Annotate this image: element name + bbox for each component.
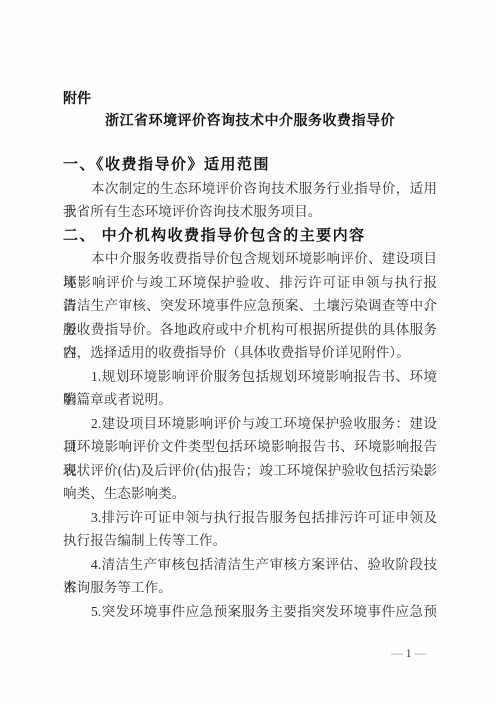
body-line: 响篇章或者说明。 (63, 388, 437, 412)
body-line: 执行报告编制上传等工作。 (63, 529, 437, 553)
body-line-item-5: 5.突发环境事件应急预案服务主要指突发环境事件应急预 (63, 600, 437, 624)
body-line: 容，选择适用的收费指导价（具体收费指导价详见附件）。 (63, 341, 437, 365)
body-line: 本中介服务收费指导价包含规划环境影响评价、建设项目环 (63, 247, 437, 271)
attachment-label: 附件 (63, 88, 91, 112)
section-heading-main-content: 二、 中介机构收费指导价包含的主要内容 (63, 224, 437, 248)
body-line: 响类、生态影响类。 (63, 482, 437, 506)
body-line-item-1: 1.规划环境影响评价服务包括规划环境影响报告书、环境影 (63, 365, 437, 389)
page-number-dash-right: — (415, 648, 427, 660)
body-line: 现状评价(估)及后评价(估)报告；竣工环境保护验收包括污染影 (63, 459, 437, 483)
body-line-item-3: 3.排污许可证申领与执行报告服务包括排污许可证申领及 (63, 506, 437, 530)
page-number: —1— (388, 645, 429, 663)
page-number-value: 1 (406, 648, 412, 660)
document-title: 浙江省环境评价咨询技术中介服务收费指导价 (0, 110, 500, 134)
document-page: 附件 浙江省环境评价咨询技术中介服务收费指导价 一、《收费指导价》适用范围 本次… (0, 0, 500, 708)
body-line: 本次制定的生态环境评价咨询技术服务行业指导价，适用于 (63, 177, 437, 201)
body-line-item-4: 4.清洁生产审核包括清洁生产审核方案评估、验收阶段技术 (63, 553, 437, 577)
section-heading-scope: 一、《收费指导价》适用范围 (63, 153, 437, 177)
body-line: 务收费指导价。各地政府或中介机构可根据所提供的具体服务内 (63, 318, 437, 342)
body-line: 我省所有生态环境评价咨询技术服务项目。 (63, 200, 437, 224)
body-line: 境影响评价与竣工环境保护验收、排污许可证申领与执行报告、 (63, 271, 437, 295)
document-body: 一、《收费指导价》适用范围 本次制定的生态环境评价咨询技术服务行业指导价，适用于… (63, 153, 437, 623)
body-line-item-2: 2.建设项目环境影响评价与竣工环境保护验收服务：建设项 (63, 412, 437, 436)
page-number-dash-left: — (391, 648, 403, 660)
body-line: 目环境影响评价文件类型包括环境影响报告书、环境影响报告表、 (63, 435, 437, 459)
body-line: 咨询服务等工作。 (63, 576, 437, 600)
body-line: 清洁生产审核、突发环境事件应急预案、土壤污染调查等中介服 (63, 294, 437, 318)
